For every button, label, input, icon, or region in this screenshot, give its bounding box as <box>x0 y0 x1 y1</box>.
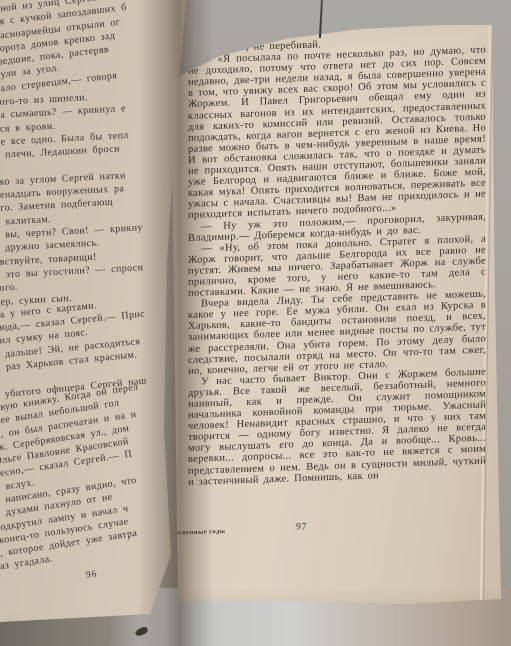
text-paragraph: — «Ну, об этом пока довольно. Стратег я … <box>188 233 486 299</box>
book-photo: дной из улиц Сергей со сся с кучкой запо… <box>0 0 511 646</box>
left-page-number: 96 <box>85 569 98 581</box>
right-page-number: 97 <box>296 522 308 532</box>
text-paragraph: — «Я посылала по почте несколько раз, но… <box>188 45 486 222</box>
gutter-shadow <box>138 0 214 646</box>
right-page-text: — Ладно, не перебивай.— «Я посылала по п… <box>188 34 486 488</box>
text-paragraph: Вчера видела Лиду. Ты себе представить н… <box>188 289 486 377</box>
text-paragraph: У нас часто бывает Виктор. Они с Жоржем … <box>188 366 486 487</box>
